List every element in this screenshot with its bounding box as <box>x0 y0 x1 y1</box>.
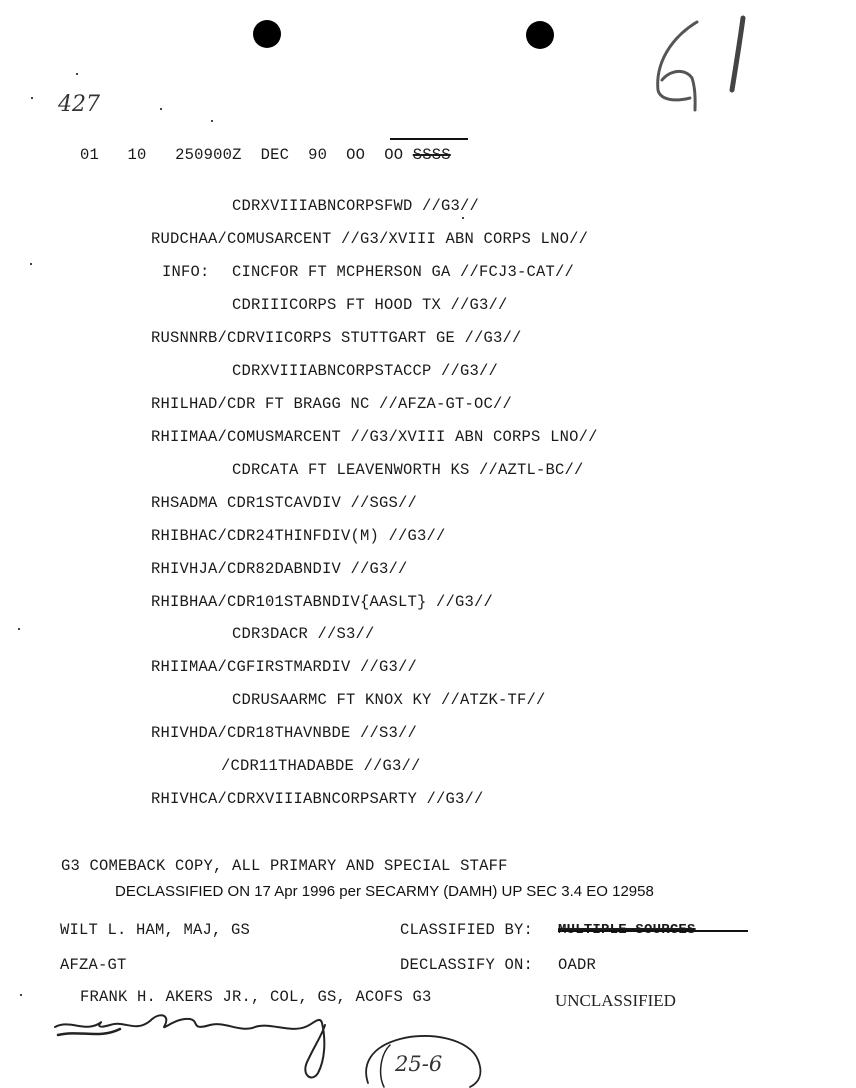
circled-number: 25-6 <box>395 1052 442 1076</box>
addressee-line: /CDR11THADABDE //G3// <box>221 757 421 775</box>
punch-hole-left <box>253 20 281 48</box>
addressee-line: RHIBHAA/CDR101STABNDIV{AASLT} //G3// <box>151 593 493 611</box>
addressee-line: RHIVHJA/CDR82DABNDIV //G3// <box>151 560 408 578</box>
header-field-dtg: 250900Z <box>175 146 242 164</box>
strikethrough-line <box>558 930 748 932</box>
signature <box>50 1005 350 1085</box>
drafter-name: WILT L. HAM, MAJ, GS <box>60 921 250 939</box>
info-label: INFO: <box>162 263 210 281</box>
scan-speck <box>30 263 32 265</box>
addressee-line: CDRUSAARMC FT KNOX KY //ATZK-TF// <box>232 691 546 709</box>
scan-speck <box>20 994 22 996</box>
header-field: OO <box>346 146 365 164</box>
approver-name: FRANK H. AKERS JR., COL, GS, ACOFS G3 <box>80 988 432 1006</box>
declassification-stamp: DECLASSIFIED ON 17 Apr 1996 per SECARMY … <box>115 883 654 900</box>
addressee-line: RHIVHCA/CDRXVIIIABNCORPSARTY //G3// <box>151 790 484 808</box>
addressee-line: RHILHAD/CDR FT BRAGG NC //AFZA-GT-OC// <box>151 395 512 413</box>
classification-marking: UNCLASSIFIED <box>555 991 676 1011</box>
addressee-line: RHIVHDA/CDR18THAVNBDE //S3// <box>151 724 417 742</box>
scan-speck <box>76 73 78 75</box>
addressee-line: RHIIMAA/CGFIRSTMARDIV //G3// <box>151 658 417 676</box>
addressee-line: CDRXVIIIABNCORPSFWD //G3// <box>232 197 479 215</box>
message-header-line: 01 10 250900Z DEC 90 OO OO SSSS <box>61 128 451 164</box>
scan-speck <box>462 217 464 219</box>
addressee-line: CDRCATA FT LEAVENWORTH KS //AZTL-BC// <box>232 461 584 479</box>
declassify-on-label: DECLASSIFY ON: <box>400 956 533 974</box>
classified-by-label: CLASSIFIED BY: <box>400 921 533 939</box>
addressee-line: RUDCHAA/COMUSARCENT //G3/XVIII ABN CORPS… <box>151 230 588 248</box>
header-field-year: 90 <box>308 146 327 164</box>
addressee-line: RUSNNRB/CDRVIICORPS STUTTGART GE //G3// <box>151 329 522 347</box>
header-field: OO <box>384 146 403 164</box>
scan-speck <box>31 97 33 99</box>
addressee-line: RHSADMA CDR1STCAVDIV //SGS// <box>151 494 417 512</box>
addressee-line: CDRIIICORPS FT HOOD TX //G3// <box>232 296 508 314</box>
punch-hole-right <box>526 21 554 49</box>
distribution-line: G3 COMEBACK COPY, ALL PRIMARY AND SPECIA… <box>61 857 508 875</box>
office-symbol: AFZA-GT <box>60 956 127 974</box>
scan-speck <box>160 108 162 110</box>
addressee-line: RHIBHAC/CDR24THINFDIV(M) //G3// <box>151 527 446 545</box>
addressee-line: RHIIMAA/COMUSMARCENT //G3/XVIII ABN CORP… <box>151 428 598 446</box>
addressee-line: CDR3DACR //S3// <box>232 625 375 643</box>
addressee-line: CDRXVIIIABNCORPSTACCP //G3// <box>232 362 498 380</box>
header-field: 10 <box>128 146 147 164</box>
scan-speck <box>18 628 20 630</box>
strikethrough-line <box>390 138 468 140</box>
declassify-on-value: OADR <box>558 956 596 974</box>
handwritten-61-mark <box>640 10 760 120</box>
addressee-line: CINCFOR FT MCPHERSON GA //FCJ3-CAT// <box>232 263 574 281</box>
struck-classification-code: SSSS <box>413 146 451 164</box>
handwritten-page-number: 427 <box>58 92 100 117</box>
header-field-month: DEC <box>261 146 290 164</box>
header-field: 01 <box>80 146 99 164</box>
scan-speck <box>211 120 213 122</box>
